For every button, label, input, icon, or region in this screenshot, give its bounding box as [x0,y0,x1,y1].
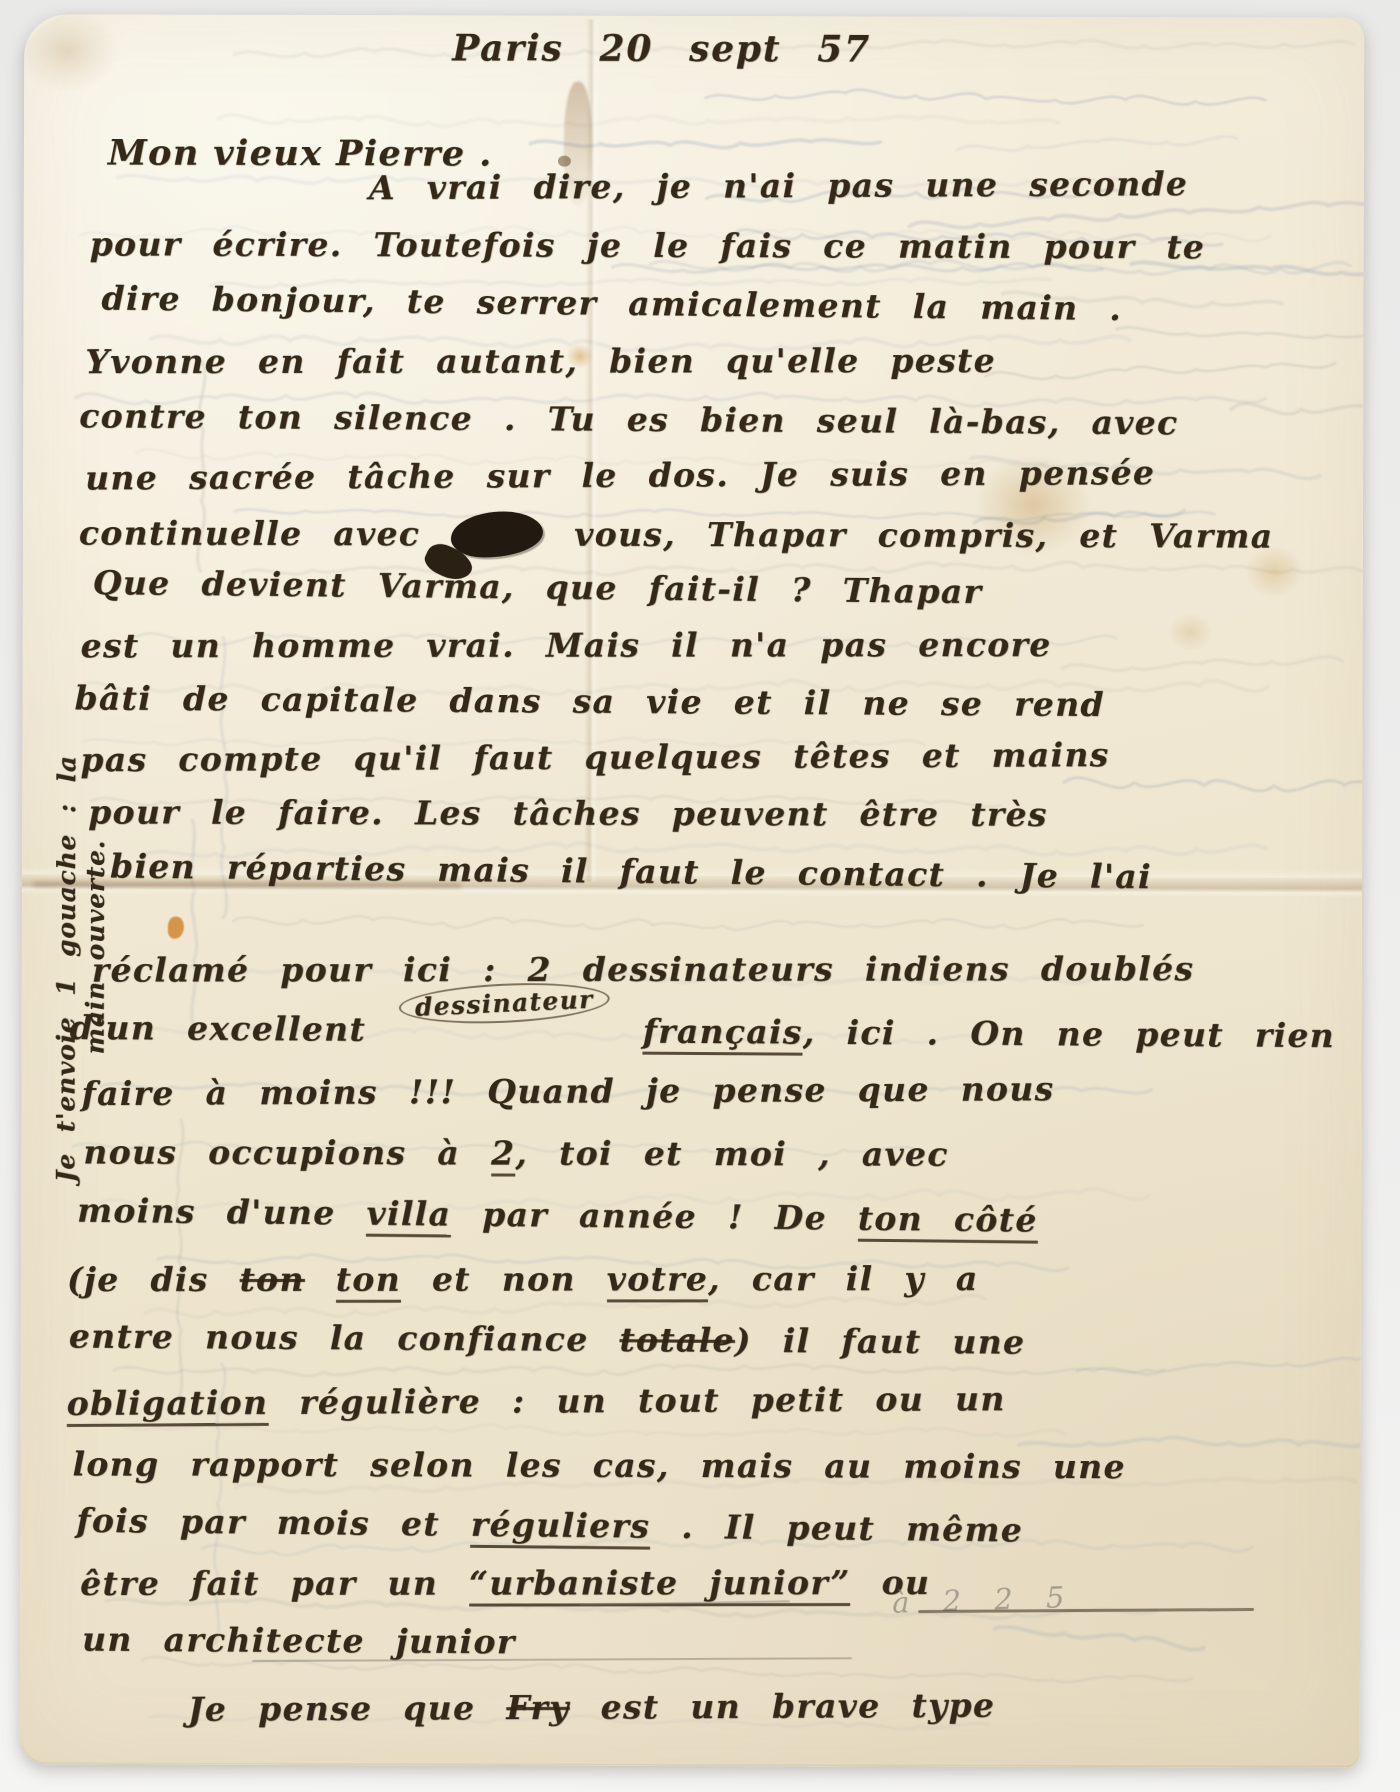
letter-line-segment: est un brave type [570,1686,996,1727]
letter-line-segment: par année ! De [451,1195,858,1238]
letter-line: dire bonjour, te serrer amicalement la m… [101,279,1122,329]
letter-line-segment: villa [366,1194,451,1238]
letter-line-segment: faire à moins !!! Quand je pense que nou… [81,1069,1054,1113]
letter-line: contre ton silence . Tu es bien seul là-… [79,396,1178,442]
letter-line-segment: réguliers [471,1505,651,1550]
letter-line-segment: Que devient Varma, que fait-il ? Thapar [93,563,983,611]
letter-line-segment: et non [401,1259,607,1298]
margin-note-line2: main ouverte. [81,840,111,1055]
letter-line: long rapport selon les cas, mais au moin… [72,1444,1125,1486]
letter-line: Que devient Varma, que fait-il ? Thapar [93,563,983,611]
letter-line-segment: long rapport selon les cas, mais au moin… [72,1444,1125,1486]
letter-line: fois par mois et réguliers . Il peut mêm… [76,1501,1023,1550]
letter-line-segment: (je dis [67,1260,240,1299]
letter-line-segment: moins d'une [77,1191,367,1233]
letter-line: entre nous la confiance totale) il faut … [69,1317,1026,1362]
letter-line: être fait par un “urbaniste junior” ou [80,1563,930,1603]
letter-line-segment: Yvonne en fait autant, bien qu'elle pest… [85,341,996,381]
letter-line: nous occupions à 2, toi et moi , avec [83,1132,948,1173]
letter-line-segment: un architecte junior [82,1620,516,1662]
letter-line-segment: pour écrire. Toutefois je le fais ce mat… [90,224,1206,266]
letter-line-segment: français [643,1012,803,1056]
letter-line-segment: , toi et moi , avec [515,1134,948,1174]
letter-line-segment: pour le faire. Les tâches peuvent être t… [88,792,1048,834]
margin-note-line1: Je t'envoie 1 gouache : la [51,755,81,1182]
letter-line: pas compte qu'il faut quelques têtes et … [80,735,1109,779]
scan-background: Paris 20 sept 57 Mon vieux Pierre . A vr… [0,0,1400,1792]
dateline: Paris 20 sept 57 [452,27,871,70]
letter-line-segment: entre nous la confiance [69,1317,620,1360]
letter-line: A vrai dire, je n'ai pas une seconde [369,164,1188,207]
letter-line: un architecte junior [82,1620,516,1662]
letter-line-segment: 2 [491,1133,515,1176]
letter-line: réclamé pour ici : 2 dessinateurs indien… [92,949,1195,989]
letter-line-segment: , ici . On ne peut rien [803,1013,1336,1055]
letter-line: obligation régulière : un tout petit ou … [67,1379,1006,1423]
letter-line-segment: obligation [67,1383,269,1427]
letter-line-segment: Fry [506,1688,570,1727]
letter-line-segment: ton [240,1260,305,1299]
letter-line: Je pense que Fry est un brave type [188,1686,996,1729]
letter-line-segment: régulière : un tout petit ou un [268,1379,1006,1422]
letter-line-segment: votre [607,1259,708,1302]
letter-line-segment: une sacrée tâche sur le dos. Je suis en … [85,453,1155,497]
letter-line-segment: pas compte qu'il faut quelques têtes et … [80,735,1109,779]
letter-line: une sacrée tâche sur le dos. Je suis en … [85,453,1155,497]
letter-line: moins d'une villa par année ! De ton côt… [77,1191,1038,1240]
letter-line: Yvonne en fait autant, bien qu'elle pest… [85,341,996,381]
letter-line-segment: bâti de capitale dans sa vie et il ne se… [74,678,1105,724]
letter-line: pour écrire. Toutefois je le fais ce mat… [90,224,1206,266]
letter-line: (je dis ton ton et non votre, car il y a [67,1259,979,1299]
letter-line-segment: nous occupions à [83,1132,491,1172]
letter-line-segment: contre ton silence . Tu es bien seul là-… [79,396,1178,442]
letter-page: Paris 20 sept 57 Mon vieux Pierre . A vr… [20,14,1365,1768]
letter-line: pour le faire. Les tâches peuvent être t… [88,792,1048,834]
letter-line-segment: vous, Thapar compris, et Varma [543,515,1273,556]
stain-speck [558,156,571,167]
letter-line-segment: “urbaniste junior” [469,1563,851,1606]
letter-line-segment: dire bonjour, te serrer amicalement la m… [101,279,1122,329]
ink-blot [451,511,543,557]
letter-line: est un homme vrai. Mais il n'a pas encor… [81,625,1052,665]
letter-line-segment: ton côté [858,1199,1038,1244]
letter-line-segment: réclamé pour ici : 2 dessinateurs indien… [92,949,1195,989]
letter-line-segment: est un homme vrai. Mais il n'a pas encor… [81,625,1052,665]
letter-line-segment: continuelle avec [79,513,451,553]
letter-line-segment [305,1260,336,1299]
letter-line-segment: , car il y a [708,1259,978,1298]
stain-foxing [1169,613,1213,651]
letter-line-segment: ) il faut une [735,1321,1026,1362]
stain-orange-dot [168,917,184,939]
letter-line-segment: ton [336,1260,401,1303]
letter-line-segment: d'un excellent [70,1008,398,1049]
letter-line-segment: être fait par un [80,1564,469,1603]
letter-line-segment [612,1011,643,1050]
letter-body: A vrai dire, je n'ai pas une secondepour… [24,14,1364,18]
stain-corner [16,8,176,148]
letter-line-segment: . Il peut même [650,1507,1023,1550]
letter-line: bâti de capitale dans sa vie et il ne se… [74,678,1105,724]
letter-line: faire à moins !!! Quand je pense que nou… [81,1069,1054,1113]
letter-line-segment: fois par mois et [76,1501,471,1544]
letter-line-segment: A vrai dire, je n'ai pas une seconde [369,164,1188,207]
letter-line-segment: Je pense que [188,1688,507,1729]
pencil-annotation: à 2 2 5 [892,1580,1077,1620]
letter-line-segment: totale [619,1320,735,1360]
letter-line: d'un excellent dessinateur français, ici… [70,1008,1336,1058]
letter-line: continuelle avec vous, Thapar compris, e… [79,510,1274,559]
